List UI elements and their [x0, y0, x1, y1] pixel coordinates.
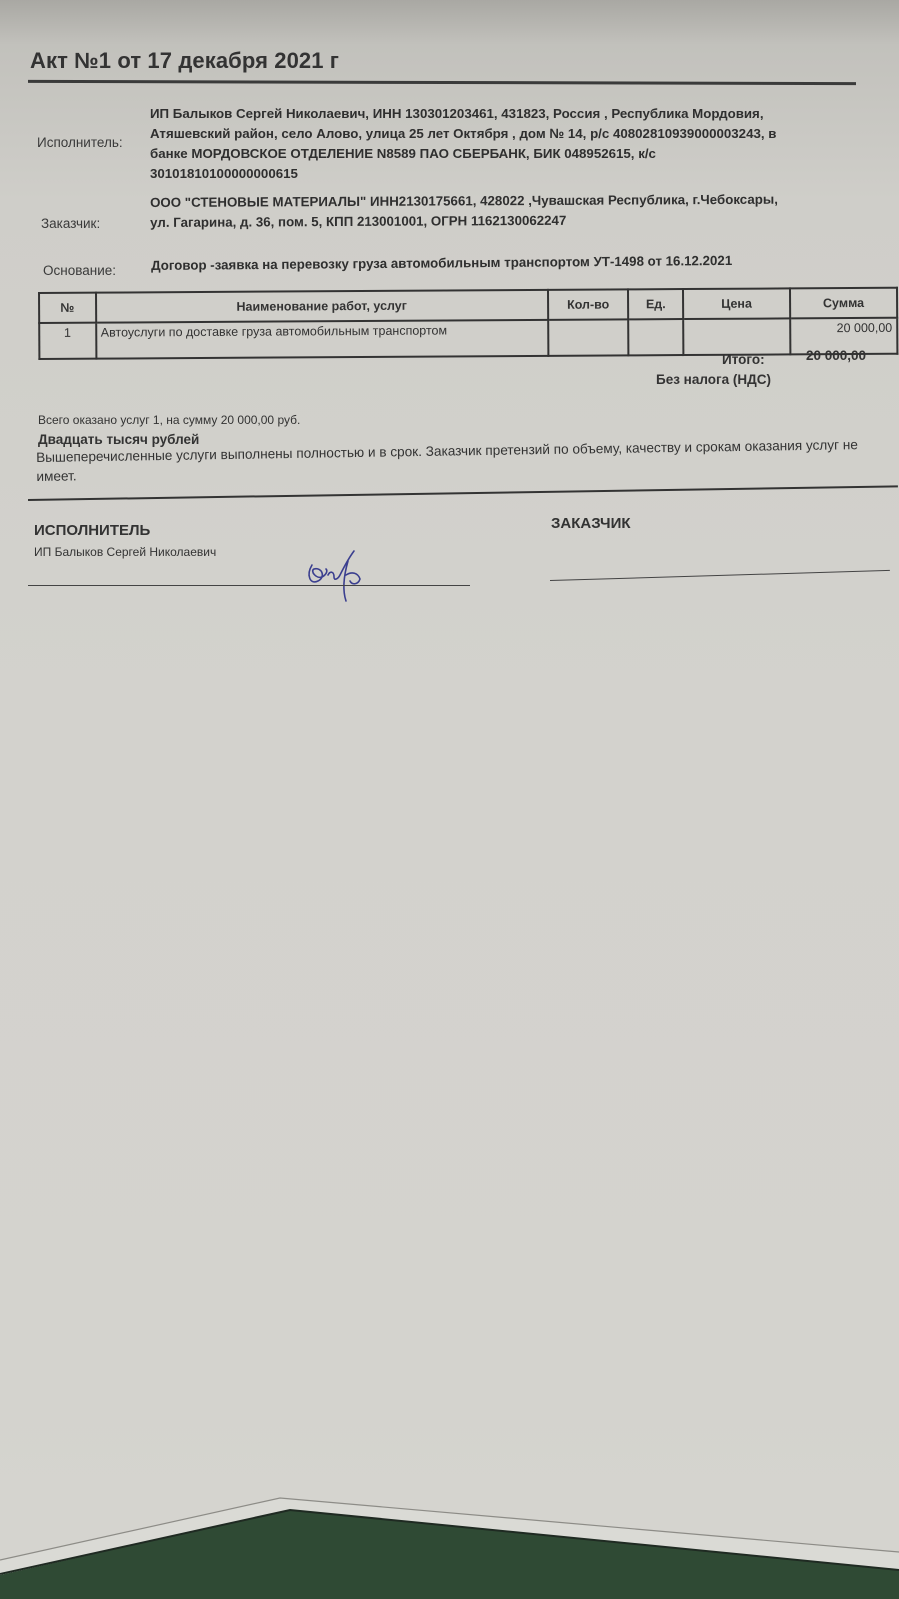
- total-value: 20 000,00: [806, 348, 866, 363]
- handwritten-signature-icon: [300, 545, 380, 605]
- customer-details: ООО "СТЕНОВЫЕ МАТЕРИАЛЫ" ИНН2130175661, …: [150, 189, 870, 233]
- executor-line: ИП Балыков Сергей Николаевич, ИНН 130301…: [150, 104, 870, 124]
- separator-line: [28, 485, 898, 501]
- document-title: Акт №1 от 17 декабря 2021 г: [30, 48, 339, 74]
- customer-signature-line: [550, 570, 890, 581]
- executor-line: Атяшевский район, село Алово, улица 25 л…: [150, 124, 870, 144]
- cell-price: [683, 318, 790, 355]
- document-page: Акт №1 от 17 декабря 2021 г Исполнитель:…: [0, 0, 899, 1599]
- col-unit: Ед.: [628, 289, 683, 319]
- executor-signature-heading: ИСПОЛНИТЕЛЬ: [34, 522, 150, 539]
- cell-unit: [629, 319, 684, 355]
- total-label: Итого:: [722, 352, 765, 367]
- vat-label: Без налога (НДС): [656, 372, 771, 387]
- summary-line: Всего оказано услуг 1, на сумму 20 000,0…: [38, 413, 300, 427]
- col-sum: Сумма: [790, 288, 897, 319]
- basis-label: Основание:: [43, 263, 116, 278]
- executor-signature-line: [28, 585, 470, 586]
- customer-line: ООО "СТЕНОВЫЕ МАТЕРИАЛЫ" ИНН2130175661, …: [150, 189, 870, 213]
- col-name: Наименование работ, услуг: [96, 290, 548, 323]
- table-row: 1 Автоуслуги по доставке груза автомобил…: [39, 318, 897, 359]
- services-table: № Наименование работ, услуг Кол-во Ед. Ц…: [38, 287, 898, 360]
- title-underline: [28, 80, 856, 85]
- executor-details: ИП Балыков Сергей Николаевич, ИНН 130301…: [150, 104, 870, 184]
- executor-signature-name: ИП Балыков Сергей Николаевич: [34, 545, 216, 559]
- cell-quantity: [548, 319, 629, 355]
- customer-signature-heading: ЗАКАЗЧИК: [551, 515, 631, 532]
- customer-line: ул. Гагарина, д. 36, пом. 5, КПП 2130010…: [150, 209, 870, 233]
- col-quantity: Кол-во: [548, 289, 629, 319]
- executor-label: Исполнитель:: [37, 135, 123, 150]
- executor-line: 30101810100000000615: [150, 164, 870, 184]
- paper-edge-background: [0, 1490, 899, 1599]
- col-price: Цена: [683, 288, 790, 319]
- cell-number: 1: [39, 323, 96, 359]
- executor-line: банке МОРДОВСКОЕ ОТДЕЛЕНИЕ N8589 ПАО СБЕ…: [150, 144, 870, 164]
- customer-label: Заказчик:: [41, 216, 100, 231]
- cell-name: Автоуслуги по доставке груза автомобильн…: [96, 320, 548, 359]
- summary-amount-words: Двадцать тысяч рублей: [38, 432, 199, 447]
- col-number: №: [39, 293, 96, 323]
- basis-value: Договор -заявка на перевозку груза автом…: [151, 251, 732, 276]
